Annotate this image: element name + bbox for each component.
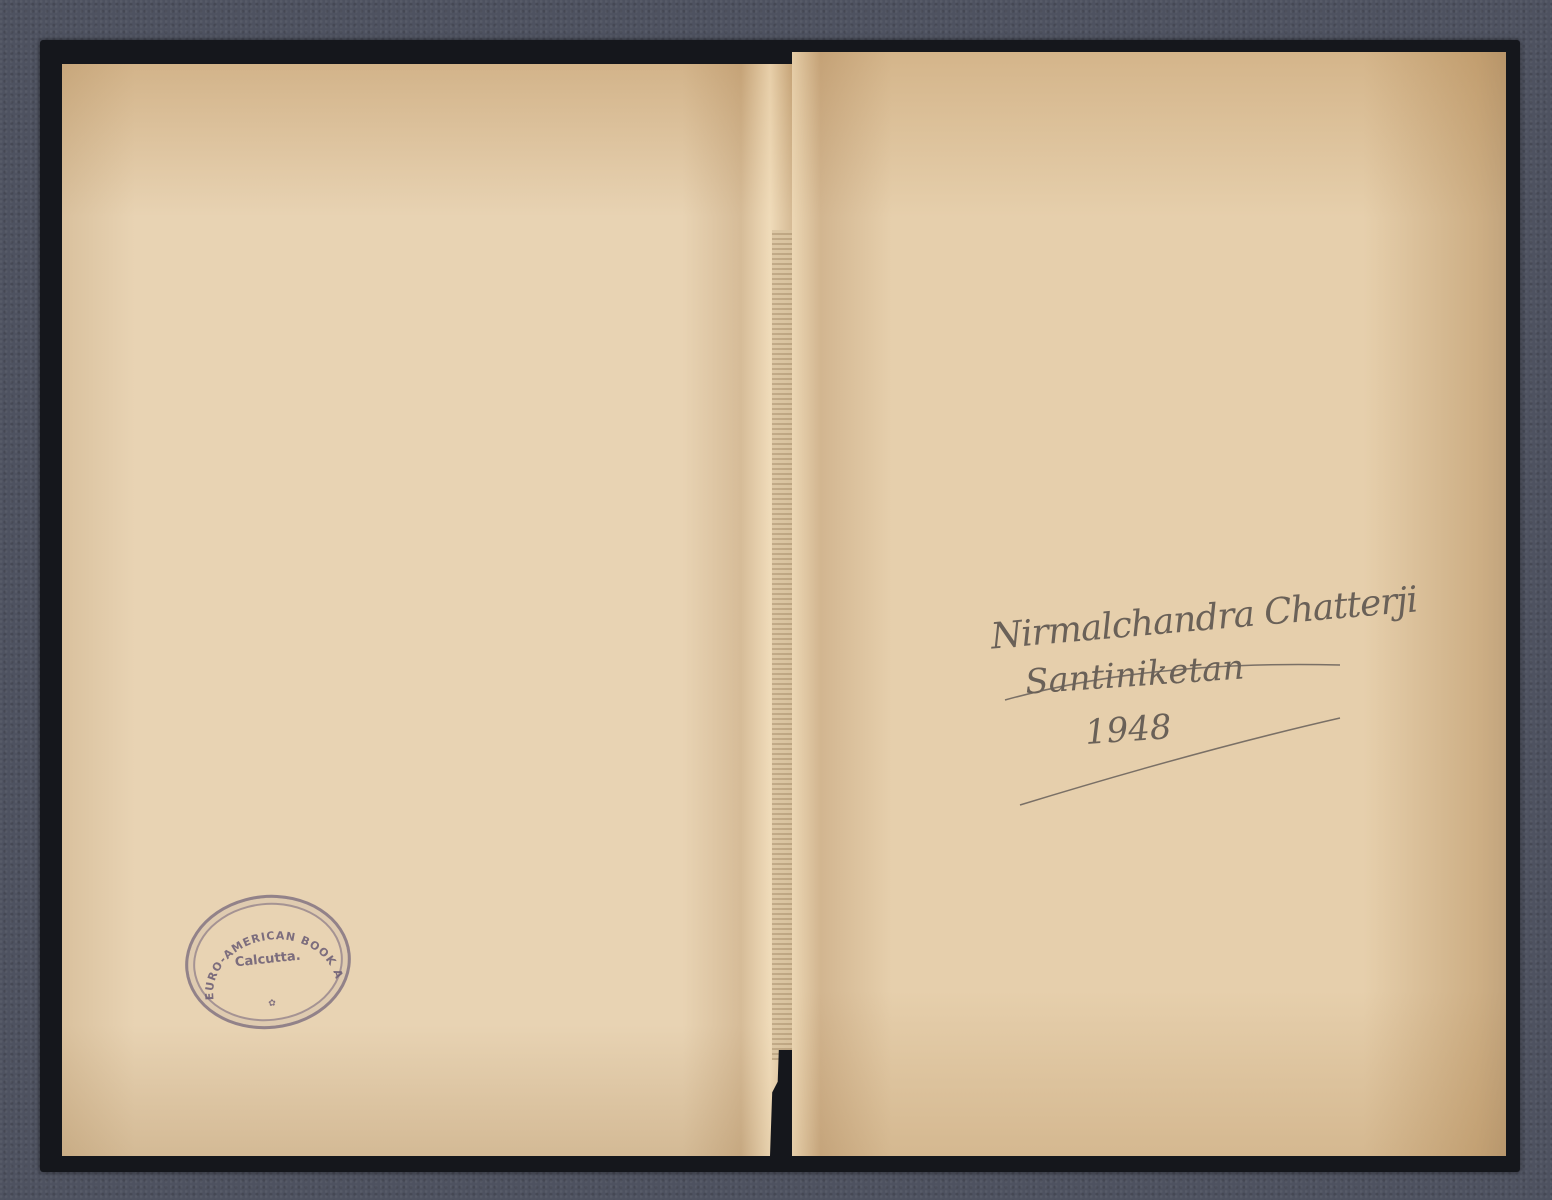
- bookseller-stamp: EURO-AMERICAN BOOK AGENCY, Calcutta. ✿: [178, 887, 357, 1038]
- inscription-year: 1948: [1084, 707, 1173, 753]
- left-page-pastedown: [62, 64, 792, 1156]
- stamp-ornament-icon: ✿: [268, 997, 277, 1009]
- torn-gutter-hinge: [772, 230, 792, 1060]
